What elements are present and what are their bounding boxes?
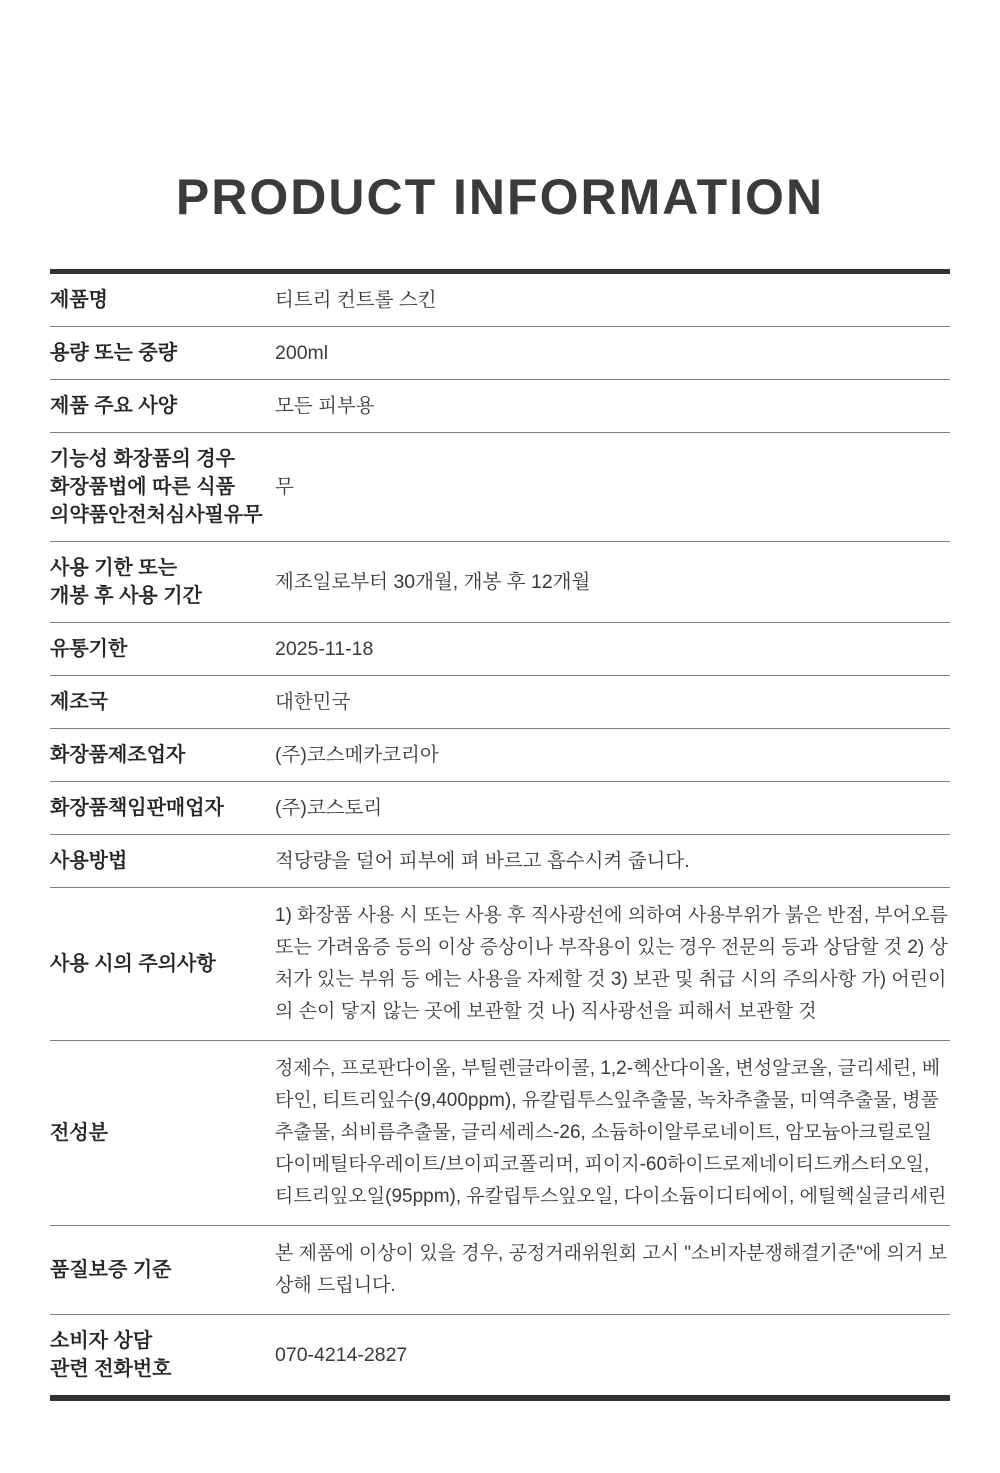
row-value: 대한민국 (275, 688, 950, 716)
row-label: 사용방법 (50, 847, 275, 875)
table-row-expiry-date: 유통기한 2025-11-18 (50, 623, 950, 676)
table-row-functional-review: 기능성 화장품의 경우 화장품법에 따른 식품 의약품안전처심사필유무 무 (50, 433, 950, 542)
row-label: 사용 기한 또는 개봉 후 사용 기간 (50, 554, 275, 610)
table-row-how-to-use: 사용방법 적당량을 덜어 피부에 펴 바르고 흡수시켜 줍니다. (50, 835, 950, 888)
row-value: 본 제품에 이상이 있을 경우, 공정거래위원회 고시 "소비자분쟁해결기준"에… (275, 1238, 950, 1302)
table-row-customer-service-phone: 소비자 상담 관련 전화번호 070-4214-2827 (50, 1315, 950, 1395)
row-value: 제조일로부터 30개월, 개봉 후 12개월 (275, 568, 950, 596)
row-label: 제품명 (50, 286, 275, 314)
table-row-volume: 용량 또는 중량 200ml (50, 327, 950, 380)
table-row-distributor: 화장품책임판매업자 (주)코스토리 (50, 782, 950, 835)
page-title: PRODUCT INFORMATION (0, 172, 1000, 222)
table-row-precautions: 사용 시의 주의사항 1) 화장품 사용 시 또는 사용 후 직사광선에 의하여… (50, 888, 950, 1041)
row-label: 품질보증 기준 (50, 1256, 275, 1284)
row-label: 유통기한 (50, 635, 275, 663)
row-label: 기능성 화장품의 경우 화장품법에 따른 식품 의약품안전처심사필유무 (50, 445, 275, 529)
row-value: 무 (275, 473, 950, 501)
product-info-table: 제품명 티트리 컨트롤 스킨 용량 또는 중량 200ml 제품 주요 사양 모… (50, 269, 950, 1401)
row-label: 용량 또는 중량 (50, 339, 275, 367)
row-label: 화장품책임판매업자 (50, 794, 275, 822)
row-value: 적당량을 덜어 피부에 펴 바르고 흡수시켜 줍니다. (275, 847, 950, 875)
table-row-manufacturer: 화장품제조업자 (주)코스메카코리아 (50, 729, 950, 782)
row-label: 전성분 (50, 1119, 275, 1147)
row-value: 200ml (275, 339, 950, 367)
table-row-country-of-origin: 제조국 대한민국 (50, 676, 950, 729)
row-label: 소비자 상담 관련 전화번호 (50, 1327, 275, 1383)
table-row-main-spec: 제품 주요 사양 모든 피부용 (50, 380, 950, 433)
row-label: 제조국 (50, 688, 275, 716)
row-value: 070-4214-2827 (275, 1341, 950, 1369)
row-label: 사용 시의 주의사항 (50, 950, 275, 978)
row-value: 2025-11-18 (275, 635, 950, 663)
row-value: (주)코스토리 (275, 794, 950, 822)
row-value: (주)코스메카코리아 (275, 741, 950, 769)
table-row-usage-period: 사용 기한 또는 개봉 후 사용 기간 제조일로부터 30개월, 개봉 후 12… (50, 542, 950, 623)
table-row-product-name: 제품명 티트리 컨트롤 스킨 (50, 274, 950, 327)
row-value: 1) 화장품 사용 시 또는 사용 후 직사광선에 의하여 사용부위가 붉은 반… (275, 900, 950, 1028)
table-row-ingredients: 전성분 정제수, 프로판다이올, 부틸렌글라이콜, 1,2-헥산다이올, 변성알… (50, 1041, 950, 1226)
row-label: 화장품제조업자 (50, 741, 275, 769)
row-value: 티트리 컨트롤 스킨 (275, 286, 950, 314)
row-label: 제품 주요 사양 (50, 392, 275, 420)
row-value: 모든 피부용 (275, 392, 950, 420)
row-value: 정제수, 프로판다이올, 부틸렌글라이콜, 1,2-헥산다이올, 변성알코올, … (275, 1053, 950, 1213)
table-row-quality-guarantee: 품질보증 기준 본 제품에 이상이 있을 경우, 공정거래위원회 고시 "소비자… (50, 1226, 950, 1315)
